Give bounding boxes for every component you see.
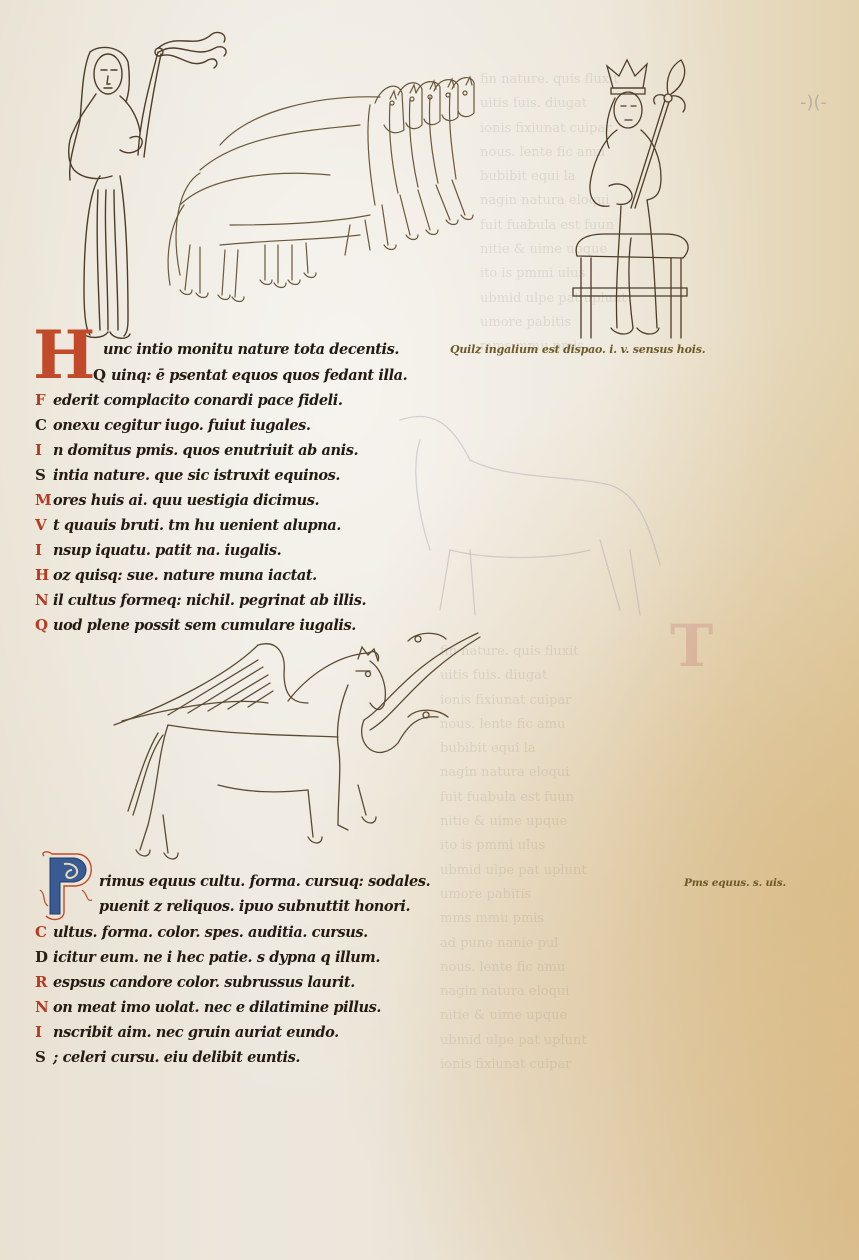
line-text: ultus. forma. color. spes. auditia. curs…	[53, 924, 368, 941]
bleed-line: ionis fixiunat cuipar	[440, 1053, 587, 1077]
text-line: C onexu cegitur iugo. fuiut iugales.	[35, 416, 311, 442]
line-initial: I	[35, 441, 53, 459]
line-initial: M	[35, 491, 53, 509]
line-text: nsup iquatu. patit na. iugalis.	[53, 542, 281, 559]
line-initial: Q	[35, 616, 53, 634]
line-initial: Q	[93, 366, 111, 384]
line-text: rimus equus cultu. forma. cursuq: sodale…	[99, 873, 430, 890]
text-line: S ; celeri cursu. eiu delibit euntis.	[35, 1048, 300, 1074]
line-initial: I	[35, 1023, 53, 1041]
text-line: S intia nature. que sic istruxit equinos…	[35, 466, 340, 492]
line-text: ores huis ai. quu uestigia dicimus.	[53, 492, 319, 509]
line-text: il cultus formeq: nichil. pegrinat ab il…	[53, 592, 366, 609]
text-line: I nscribit aim. nec gruin auriat eundo.	[35, 1023, 339, 1049]
folio-mark: -)(-	[800, 92, 827, 113]
line-text: onexu cegitur iugo. fuiut iugales.	[53, 417, 311, 434]
line-text: ; celeri cursu. eiu delibit euntis.	[53, 1049, 300, 1066]
line-text: intia nature. que sic istruxit equinos.	[53, 467, 340, 484]
bleed-line: nagin natura eloqui	[440, 980, 587, 1004]
bleed-line: nous. lente fic amu	[440, 956, 587, 980]
line-initial: S	[35, 1048, 53, 1066]
decorated-initial-p: P	[38, 850, 96, 922]
line-initial: F	[35, 391, 53, 409]
line-text: icitur eum. ne i hec patie. s dypna q il…	[53, 949, 380, 966]
text-line: M ores huis ai. quu uestigia dicimus.	[35, 491, 319, 517]
text-line: C ultus. forma. color. spes. auditia. cu…	[35, 923, 368, 949]
text-line: N on meat imo uolat. nec e dilatimine pi…	[35, 998, 381, 1024]
text-line: rimus equus cultu. forma. cursuq: sodale…	[99, 873, 430, 899]
line-initial: C	[35, 416, 53, 434]
line-initial: D	[35, 948, 53, 966]
line-text: uod plene possit sem cumulare iugalis.	[53, 617, 356, 634]
bleed-line: umore pabitis	[440, 883, 587, 907]
bleed-line: mms mmu pmis	[440, 907, 587, 931]
line-initial: R	[35, 973, 53, 991]
text-line: I n domitus pmis. quos enutriuit ab anis…	[35, 441, 358, 467]
line-initial: N	[35, 591, 53, 609]
crowned-seated-figure-illustration	[565, 58, 695, 343]
winged-horse-illustration	[108, 625, 498, 865]
line-text: espsus candore color. subrussus laurit.	[53, 974, 355, 991]
decorated-initial-h: H	[33, 322, 95, 388]
line-text: t quauis bruti. tm hu uenient alupna.	[53, 517, 341, 534]
manuscript-page: fin nature. quis fluxit uitis fuis. diug…	[0, 0, 859, 1260]
text-line: Q uod plene possit sem cumulare iugalis.	[35, 616, 356, 642]
line-text: nscribit aim. nec gruin auriat eundo.	[53, 1024, 339, 1041]
text-line: F ederit complacito conardi pace fideli.	[35, 391, 343, 417]
line-initial: I	[35, 541, 53, 559]
line-text: on meat imo uolat. nec e dilatimine pill…	[53, 999, 381, 1016]
line-initial: S	[35, 466, 53, 484]
line-initial: H	[35, 566, 53, 584]
line-text: puenit z reliquos. ipuo subnuttit honori…	[99, 898, 410, 915]
line-text: n domitus pmis. quos enutriuit ab anis.	[53, 442, 358, 459]
illustration-caption: Quilz ingalium est dispao. i. v. sensus …	[450, 343, 705, 356]
text-line: H oz quisq: sue. nature muna iactat.	[35, 566, 317, 592]
bleed-line: nitie & uime upque	[440, 1004, 587, 1028]
team-of-horses-illustration	[160, 75, 490, 305]
text-line: D icitur eum. ne i hec patie. s dypna q …	[35, 948, 380, 974]
line-text: uinq: ē psentat equos quos fedant illa.	[111, 367, 407, 384]
text-line: R espsus candore color. subrussus laurit…	[35, 973, 355, 999]
text-line: I nsup iquatu. patit na. iugalis.	[35, 541, 281, 567]
text-line: unc intio monitu nature tota decentis.	[103, 341, 399, 367]
bleed-line: ubmid ulpe pat uplunt	[440, 1029, 587, 1053]
text-line: puenit z reliquos. ipuo subnuttit honori…	[99, 898, 410, 924]
line-initial: C	[35, 923, 53, 941]
text-line: V t quauis bruti. tm hu uenient alupna.	[35, 516, 341, 542]
line-initial: V	[35, 516, 53, 534]
line-text: ederit complacito conardi pace fideli.	[53, 392, 343, 409]
text-line: Q uinq: ē psentat equos quos fedant illa…	[93, 366, 407, 392]
bleed-line: ad pune nanie pul	[440, 932, 587, 956]
line-text: oz quisq: sue. nature muna iactat.	[53, 567, 317, 584]
line-initial: N	[35, 998, 53, 1016]
line-text: unc intio monitu nature tota decentis.	[103, 341, 399, 358]
text-line: N il cultus formeq: nichil. pegrinat ab …	[35, 591, 366, 617]
faint-horse-sketch	[390, 400, 680, 630]
margin-note: Pms equus. s. uis.	[684, 877, 786, 889]
